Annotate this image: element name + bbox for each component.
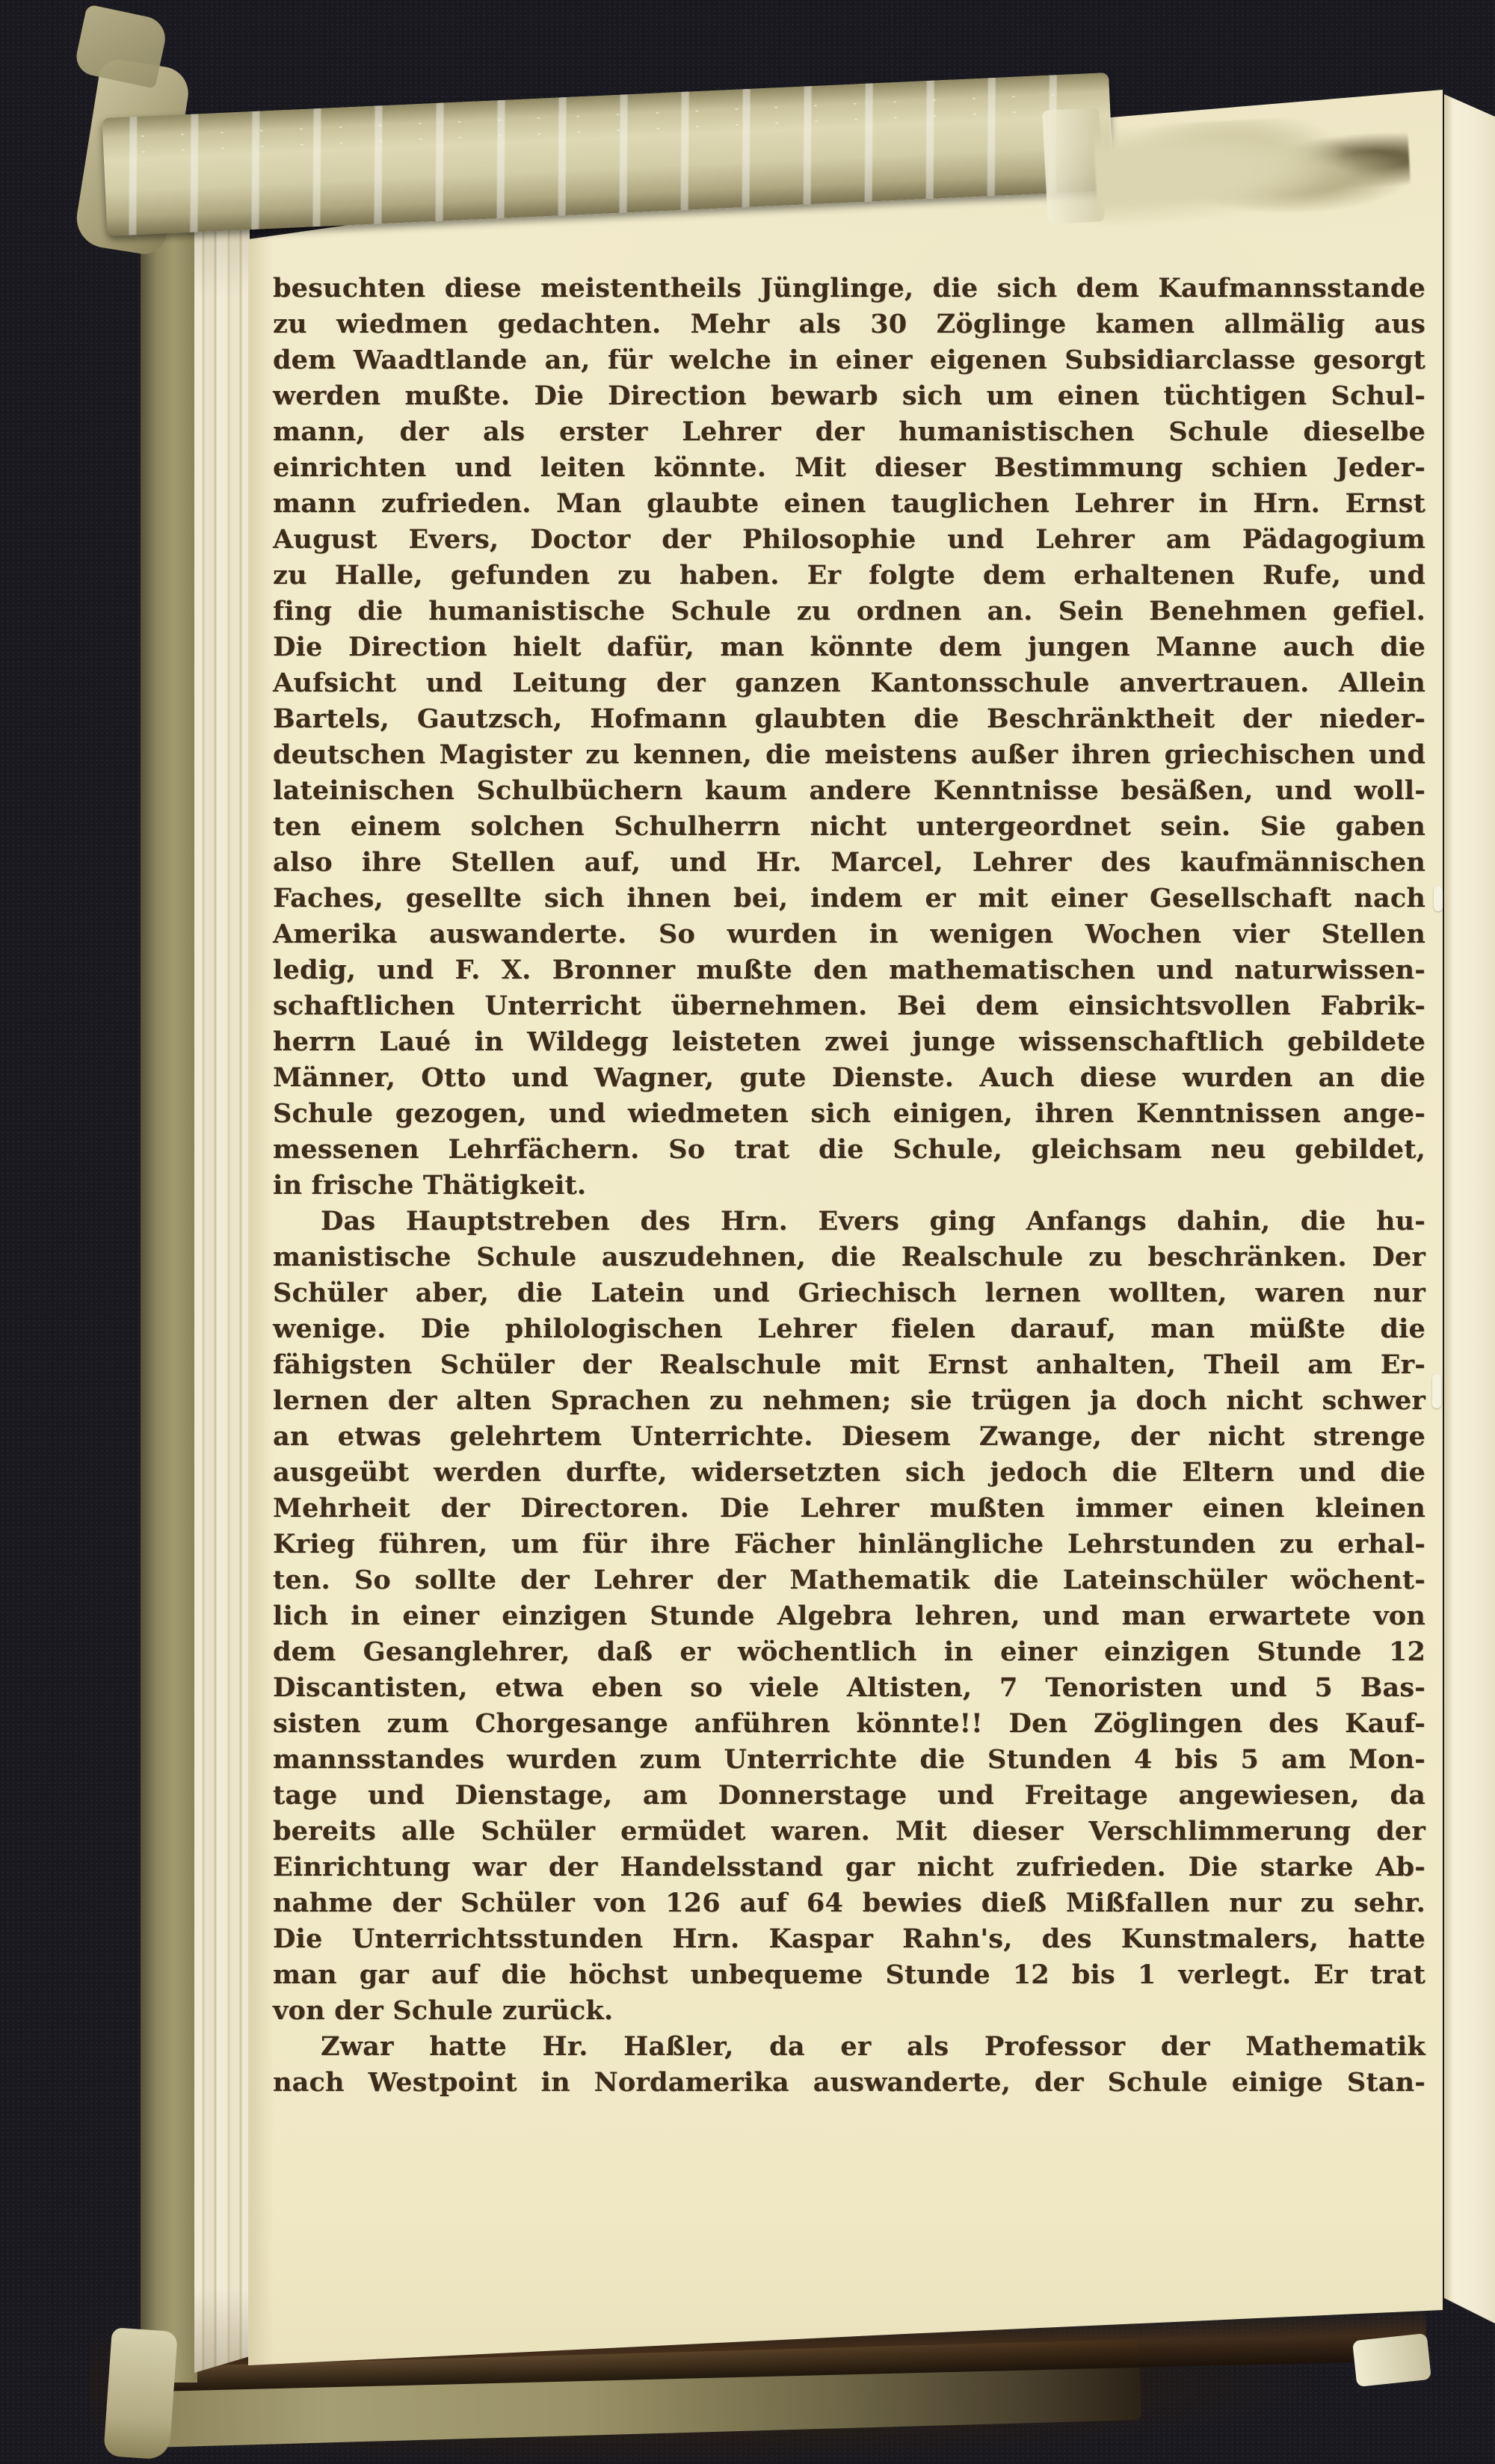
text-line: manistische Schule auszudehnen, die Real…: [273, 1239, 1425, 1275]
page-text: besuchten diese meistentheils Jünglinge,…: [273, 271, 1425, 2101]
text-line: einrichten und leiten könnte. Mit dieser…: [273, 450, 1425, 486]
tape-corner-bottom-left: [103, 2327, 178, 2460]
text-line: August Evers, Doctor der Philosophie und…: [273, 522, 1425, 558]
text-line: lich in einer einzigen Stunde Algebra le…: [273, 1598, 1425, 1634]
text-line: bereits alle Schüler ermüdet waren. Mit …: [273, 1814, 1425, 1849]
frayed-cloth-fibers: [1093, 111, 1412, 240]
text-line: von der Schule zurück.: [273, 1993, 1425, 2029]
text-line: herrn Laué in Wildegg leisteten zwei jun…: [273, 1024, 1425, 1060]
text-line: Schule gezogen, und wiedmeten sich einig…: [273, 1096, 1425, 1132]
text-line: Faches, gesellte sich ihnen bei, indem e…: [273, 881, 1425, 917]
text-line: Einrichtung war der Handelsstand gar nic…: [273, 1849, 1425, 1885]
photo-backdrop: 14 besuchten diese meistentheils Jünglin…: [0, 0, 1495, 2464]
text-line: Zwar hatte Hr. Haßler, da er als Profess…: [273, 2029, 1425, 2065]
text-line: man gar auf die höchst unbequeme Stunde …: [273, 1957, 1425, 1993]
book-cover-left-edge: [141, 181, 197, 2383]
text-line: messenen Lehrfächern. So trat die Schule…: [273, 1132, 1425, 1168]
text-line: fähigsten Schüler der Realschule mit Ern…: [273, 1347, 1425, 1383]
text-line: sisten zum Chorgesange anführen könnte!!…: [273, 1706, 1425, 1742]
text-line: werden mußte. Die Direction bewarb sich …: [273, 378, 1425, 414]
text-line: mannsstandes wurden zum Unterrichte die …: [273, 1742, 1425, 1778]
text-line: an etwas gelehrtem Unterrichte. Diesem Z…: [273, 1419, 1425, 1455]
text-line: ten. So sollte der Lehrer der Mathematik…: [273, 1562, 1425, 1598]
text-line: Mehrheit der Directoren. Die Lehrer mußt…: [273, 1491, 1425, 1527]
text-line: schaftlichen Unterricht übernehmen. Bei …: [273, 988, 1425, 1024]
tape-corner-bottom-right: [1352, 2333, 1431, 2387]
facing-leaf-fore-edge: [1444, 76, 1495, 2360]
text-line: dem Gesanglehrer, daß er wöchentlich in …: [273, 1634, 1425, 1670]
text-line: Krieg führen, um für ihre Fächer hinläng…: [273, 1527, 1425, 1562]
text-line: ausgeübt werden durfte, widersetzten sic…: [273, 1455, 1425, 1491]
text-line: lernen der alten Sprachen zu nehmen; sie…: [273, 1383, 1425, 1419]
text-line: lateinischen Schulbüchern kaum andere Ke…: [273, 773, 1425, 809]
book-page: 14 besuchten diese meistentheils Jünglin…: [248, 75, 1443, 2381]
text-line: besuchten diese meistentheils Jünglinge,…: [273, 271, 1425, 307]
text-line: zu Halle, gefunden zu haben. Er folgte d…: [273, 558, 1425, 594]
text-line: Amerika auswanderte. So wurden in wenige…: [273, 917, 1425, 952]
text-line: Die Direction hielt dafür, man könnte de…: [273, 629, 1425, 665]
text-line: ten einem solchen Schulherrn nicht unter…: [273, 809, 1425, 845]
text-line: Aufsicht und Leitung der ganzen Kantonss…: [273, 665, 1425, 701]
text-line: also ihre Stellen auf, und Hr. Marcel, L…: [273, 845, 1425, 881]
text-line: tage und Dienstage, am Donnerstage und F…: [273, 1778, 1425, 1814]
text-line: dem Waadtlande an, für welche in einer e…: [273, 342, 1425, 378]
text-line: mann, der als erster Lehrer der humanist…: [273, 414, 1425, 450]
text-line: mann zufrieden. Man glaubte einen taugli…: [273, 486, 1425, 522]
text-line: fing die humanistische Schule zu ordnen …: [273, 594, 1425, 629]
text-line: nach Westpoint in Nordamerika auswandert…: [273, 2065, 1425, 2101]
page-stack-edges: [194, 211, 250, 2375]
text-line: deutschen Magister zu kennen, die meiste…: [273, 737, 1425, 773]
text-line: in frische Thätigkeit.: [273, 1168, 1425, 1204]
text-line: Die Unterrichtsstunden Hrn. Kaspar Rahn'…: [273, 1921, 1425, 1957]
page-edge-nick: [1432, 1374, 1441, 1408]
text-line: ledig, und F. X. Bronner mußte den mathe…: [273, 952, 1425, 988]
page-edge-nick: [1434, 886, 1443, 911]
text-line: nahme der Schüler von 126 auf 64 bewies …: [273, 1885, 1425, 1921]
text-line: zu wiedmen gedachten. Mehr als 30 Zöglin…: [273, 307, 1425, 342]
text-line: Das Hauptstreben des Hrn. Evers ging Anf…: [273, 1204, 1425, 1239]
text-line: Discantisten, etwa eben so viele Altiste…: [273, 1670, 1425, 1706]
text-line: Bartels, Gautzsch, Hofmann glaubten die …: [273, 701, 1425, 737]
text-line: wenige. Die philologischen Lehrer fielen…: [273, 1311, 1425, 1347]
text-line: Männer, Otto und Wagner, gute Dienste. A…: [273, 1060, 1425, 1096]
text-line: Schüler aber, die Latein und Griechisch …: [273, 1275, 1425, 1311]
tape-scrap: [73, 4, 170, 88]
